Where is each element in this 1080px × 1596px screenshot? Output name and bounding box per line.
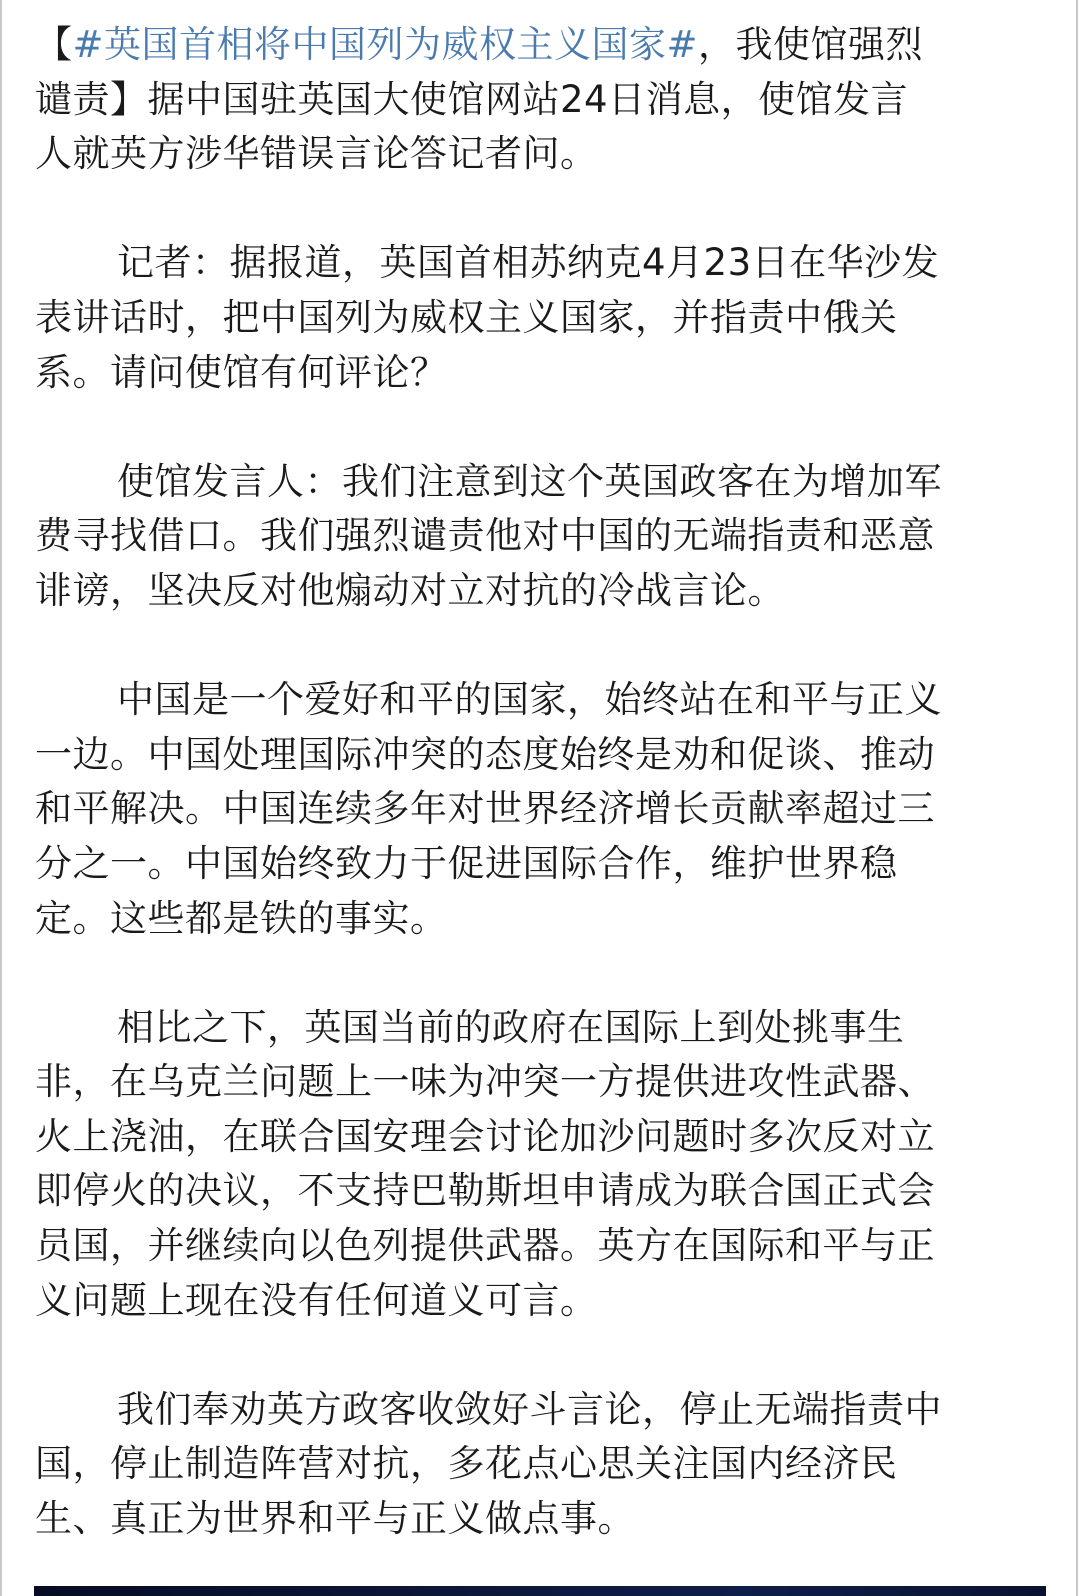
paragraph-gap <box>35 1328 1045 1383</box>
paragraph-line: 和平解决。中国连续多年对世界经济增长贡献率超过三 <box>35 782 1045 837</box>
paragraph-line: 谴责】据中国驻英国大使馆网站24日消息，使馆发言 <box>35 73 1045 128</box>
paragraph-gap <box>35 619 1045 674</box>
paragraph-line: 即停火的决议，不支持巴勒斯坦申请成为联合国正式会 <box>35 1164 1045 1219</box>
paragraph-line: 诽谤，坚决反对他煽动对立对抗的冷战言论。 <box>35 564 1045 619</box>
paragraph-line: 非，在乌克兰问题上一味为冲突一方提供进攻性武器、 <box>35 1055 1045 1110</box>
paragraph-gap <box>35 182 1045 237</box>
attached-image-preview[interactable] <box>34 1586 1046 1596</box>
paragraph-line: 使馆发言人：我们注意到这个英国政客在为增加军 <box>35 455 1045 510</box>
paragraph-line: 分之一。中国始终致力于促进国际合作，维护世界稳 <box>35 837 1045 892</box>
paragraph-line: 一边。中国处理国际冲突的态度始终是劝和促谈、推动 <box>35 728 1045 783</box>
paragraph-line: 员国，并继续向以色列提供武器。英方在国际和平与正 <box>35 1219 1045 1274</box>
topic-hashtag-link[interactable]: #英国首相将中国列为威权主义国家# <box>73 23 699 66</box>
paragraph-line: 生、真正为世界和平与正义做点事。 <box>35 1492 1045 1547</box>
paragraph-line: 义问题上现在没有任何道义可言。 <box>35 1274 1045 1329</box>
headline-tail: ，我使馆强烈 <box>698 23 923 66</box>
paragraph-line: 记者：据报道，英国首相苏纳克4月23日在华沙发 <box>35 236 1045 291</box>
open-bracket: 【 <box>35 23 73 66</box>
paragraph-line: 相比之下，英国当前的政府在国际上到处挑事生 <box>35 1001 1045 1056</box>
paragraph-line: 定。这些都是铁的事实。 <box>35 892 1045 947</box>
headline-line: 【#英国首相将中国列为威权主义国家#，我使馆强烈 <box>35 18 1045 73</box>
paragraph-line: 火上浇油，在联合国安理会讨论加沙问题时多次反对立 <box>35 1110 1045 1165</box>
paragraph-gap <box>35 400 1045 455</box>
post-body: 【#英国首相将中国列为威权主义国家#，我使馆强烈 谴责】据中国驻英国大使馆网站2… <box>35 18 1045 1547</box>
paragraph-line: 费寻找借口。我们强烈谴责他对中国的无端指责和恶意 <box>35 509 1045 564</box>
paragraph-line: 人就英方涉华错误言论答记者问。 <box>35 127 1045 182</box>
paragraph-line: 中国是一个爱好和平的国家，始终站在和平与正义 <box>35 673 1045 728</box>
paragraph-line: 表讲话时，把中国列为威权主义国家，并指责中俄关 <box>35 291 1045 346</box>
paragraph-line: 国，停止制造阵营对抗，多花点心思关注国内经济民 <box>35 1437 1045 1492</box>
paragraph-line: 我们奉劝英方政客收敛好斗言论，停止无端指责中 <box>35 1383 1045 1438</box>
paragraph-line: 系。请问使馆有何评论？ <box>35 346 1045 401</box>
paragraph-gap <box>35 946 1045 1001</box>
